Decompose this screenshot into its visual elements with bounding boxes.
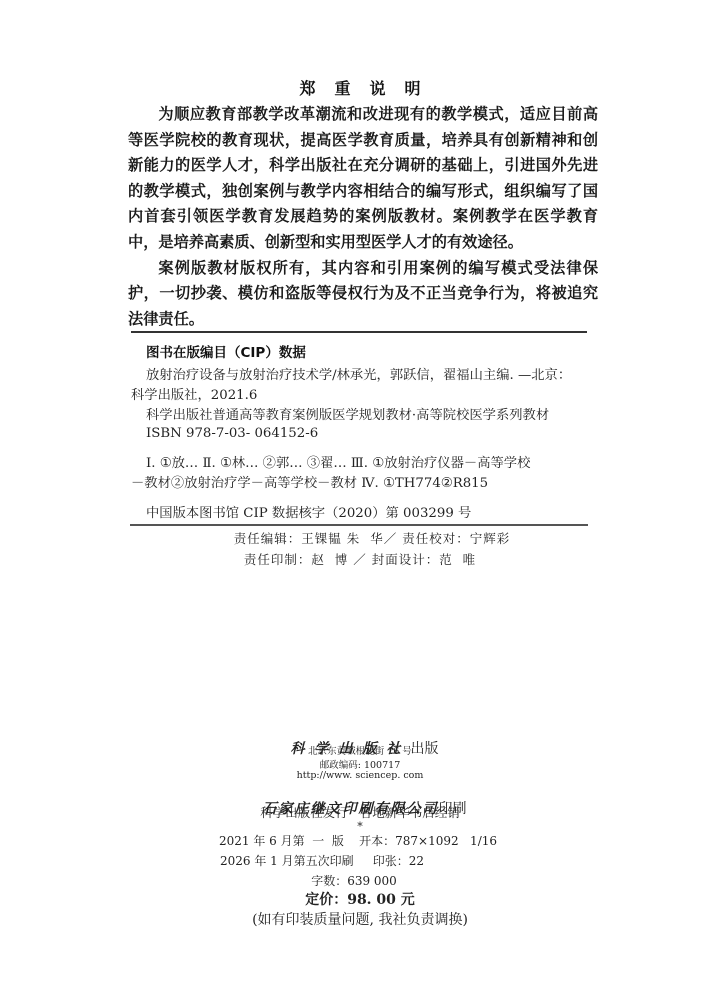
credits-editors: 责任编辑：王锞韫 朱 华／ 责任校对：宁辉彩 [12, 529, 720, 547]
cip-series-line: 科学出版社普通高等教育案例版医学规划教材·高等院校医学系列教材 [146, 404, 549, 423]
cip-top-rule [131, 331, 587, 333]
quality-note: (如有印装质量问题, 我社负责调换) [0, 909, 720, 929]
cip-classification-line-2: －教材②放射治疗学－高等学校－教材 Ⅳ. ①TH774②R815 [131, 472, 488, 491]
publisher-address: 北京东黄城根北街 16 号 [0, 743, 720, 757]
cip-title-line: 放射治疗设备与放射治疗技术学/林承光，郭跃信，翟福山主编. —北京： [146, 364, 571, 383]
cip-record-number: 中国版本图书馆 CIP 数据核字（2020）第 003299 号 [146, 502, 471, 521]
edition-line: 2021 年 6 月第 一 版 开本：787×1092 1/16 [0, 832, 718, 849]
cip-isbn: ISBN 978-7-03- 064152-6 [146, 426, 318, 441]
publisher-url: http://www. sciencep. com [0, 770, 720, 781]
notice-paragraph-1: 为顺应教育部教学改革潮流和改进现有的教学模式，适应目前高等医学院校的教育现状，提… [128, 102, 598, 256]
notice-title: 郑重说明 [0, 76, 720, 99]
price: 定价：98. 00 元 [0, 889, 720, 909]
cip-bottom-rule [130, 524, 588, 526]
word-count: 字数：639 000 [0, 872, 714, 889]
notice-body: 为顺应教育部教学改革潮流和改进现有的教学模式，适应目前高等医学院校的教育现状，提… [128, 102, 598, 332]
publisher-zip: 邮政编码: 100717 [0, 757, 720, 771]
printing-line: 2026 年 1 月第五次印刷 印张：22 [0, 852, 682, 869]
distribution-line: 科学出版社发行 各地新华书店经销 [0, 803, 720, 821]
cip-classification-line-1: Ⅰ. ①放… Ⅱ. ①林… ②郭… ③翟… Ⅲ. ①放射治疗仪器－高等学校 [146, 452, 530, 471]
credits-production: 责任印制：赵 博 ／ 封面设计：范 唯 [0, 550, 720, 568]
cip-heading: 图书在版编目（CIP）数据 [146, 341, 306, 361]
notice-paragraph-2: 案例版教材版权所有，其内容和引用案例的编写模式受法律保护，一切抄袭、模仿和盗版等… [128, 256, 598, 333]
cip-publisher-line: 科学出版社，2021.6 [131, 384, 257, 403]
